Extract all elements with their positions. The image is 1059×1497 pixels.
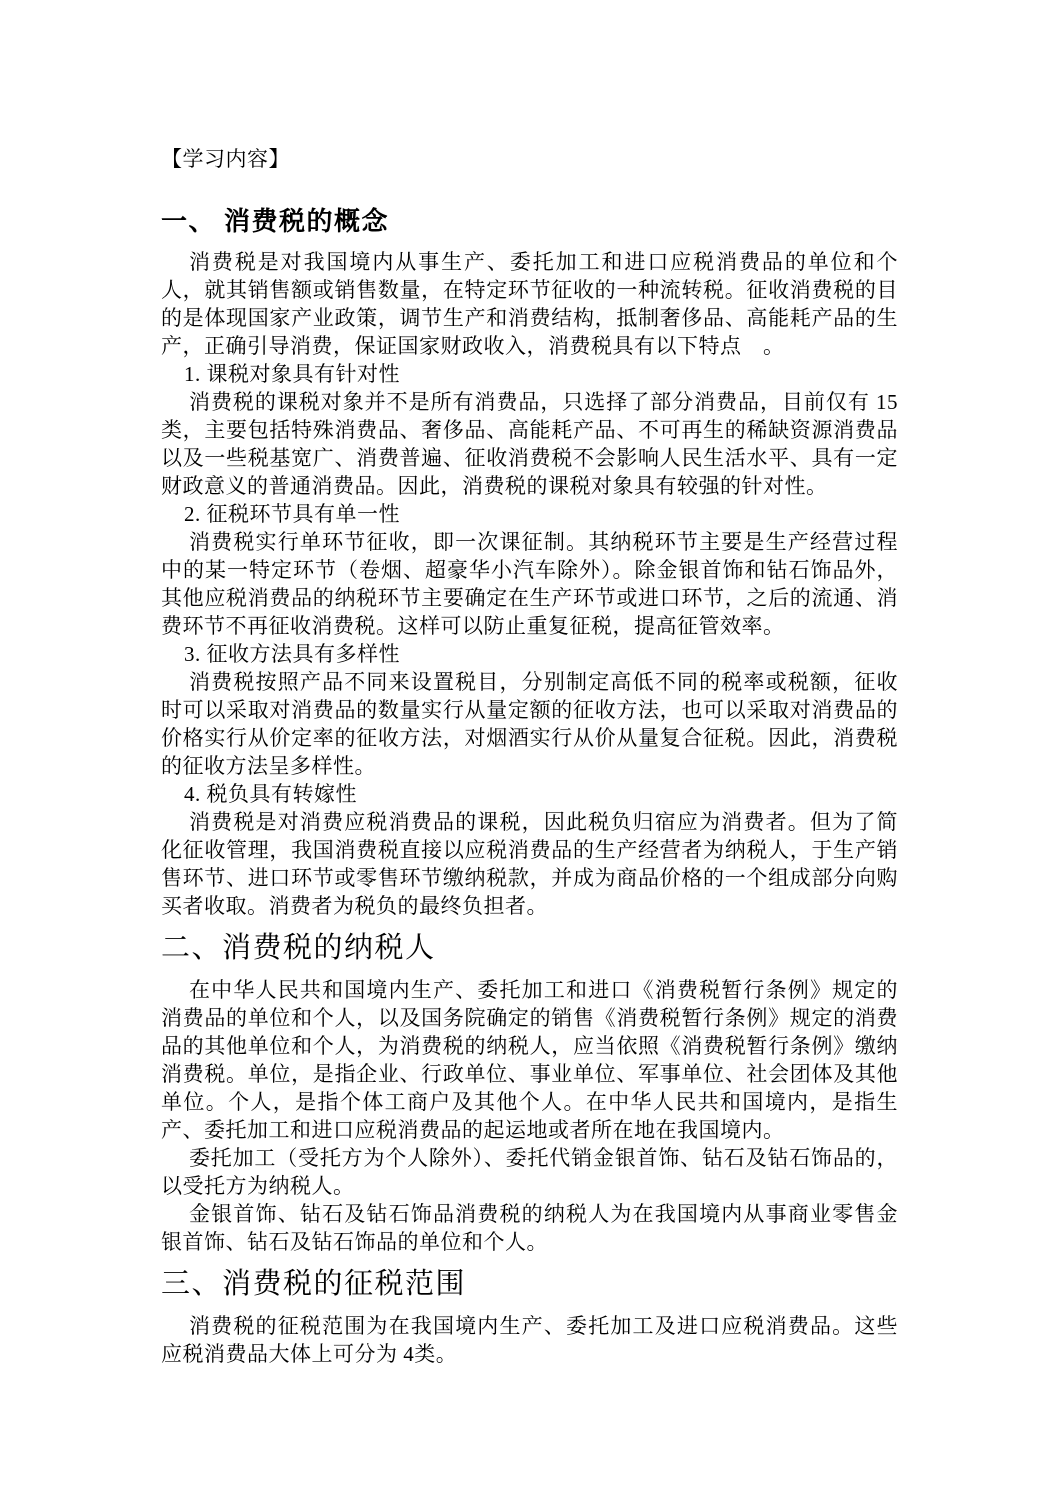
paragraph: 消费税的征税范围为在我国境内生产、委托加工及进口应税消费品。这些应税消费品大体上… xyxy=(161,1312,898,1368)
section-heading: 二、消费税的纳税人 xyxy=(161,926,898,970)
numbered-item: 1. 课税对象具有针对性 xyxy=(161,360,898,388)
paragraph: 消费税的课税对象并不是所有消费品，只选择了部分消费品，目前仅有 15类，主要包括… xyxy=(161,388,898,500)
doc-header-label: 【学习内容】 xyxy=(161,146,898,172)
paragraph: 在中华人民共和国境内生产、委托加工和进口《消费税暂行条例》规定的消费品的单位和个… xyxy=(161,976,898,1144)
numbered-item: 4. 税负具有转嫁性 xyxy=(161,780,898,808)
paragraph: 消费税是对消费应税消费品的课税，因此税负归宿应为消费者。但为了简化征收管理，我国… xyxy=(161,808,898,920)
numbered-item: 3. 征收方法具有多样性 xyxy=(161,640,898,668)
document-page: 【学习内容】 一、 消费税的概念消费税是对我国境内从事生产、委托加工和进口应税消… xyxy=(0,0,1059,1497)
paragraph: 消费税实行单环节征收，即一次课征制。其纳税环节主要是生产经营过程中的某一特定环节… xyxy=(161,528,898,640)
paragraph: 金银首饰、钻石及钻石饰品消费税的纳税人为在我国境内从事商业零售金银首饰、钻石及钻… xyxy=(161,1200,898,1256)
numbered-item: 2. 征税环节具有单一性 xyxy=(161,500,898,528)
section-heading: 一、 消费税的概念 xyxy=(161,204,898,240)
paragraph: 委托加工（受托方为个人除外）、委托代销金银首饰、钻石及钻石饰品的，以受托方为纳税… xyxy=(161,1144,898,1200)
paragraph: 消费税按照产品不同来设置税目，分别制定高低不同的税率或税额，征收时可以采取对消费… xyxy=(161,668,898,780)
section-heading: 三、消费税的征税范围 xyxy=(161,1262,898,1306)
paragraph: 消费税是对我国境内从事生产、委托加工和进口应税消费品的单位和个人，就其销售额或销… xyxy=(161,248,898,360)
doc-body: 一、 消费税的概念消费税是对我国境内从事生产、委托加工和进口应税消费品的单位和个… xyxy=(161,204,898,1368)
